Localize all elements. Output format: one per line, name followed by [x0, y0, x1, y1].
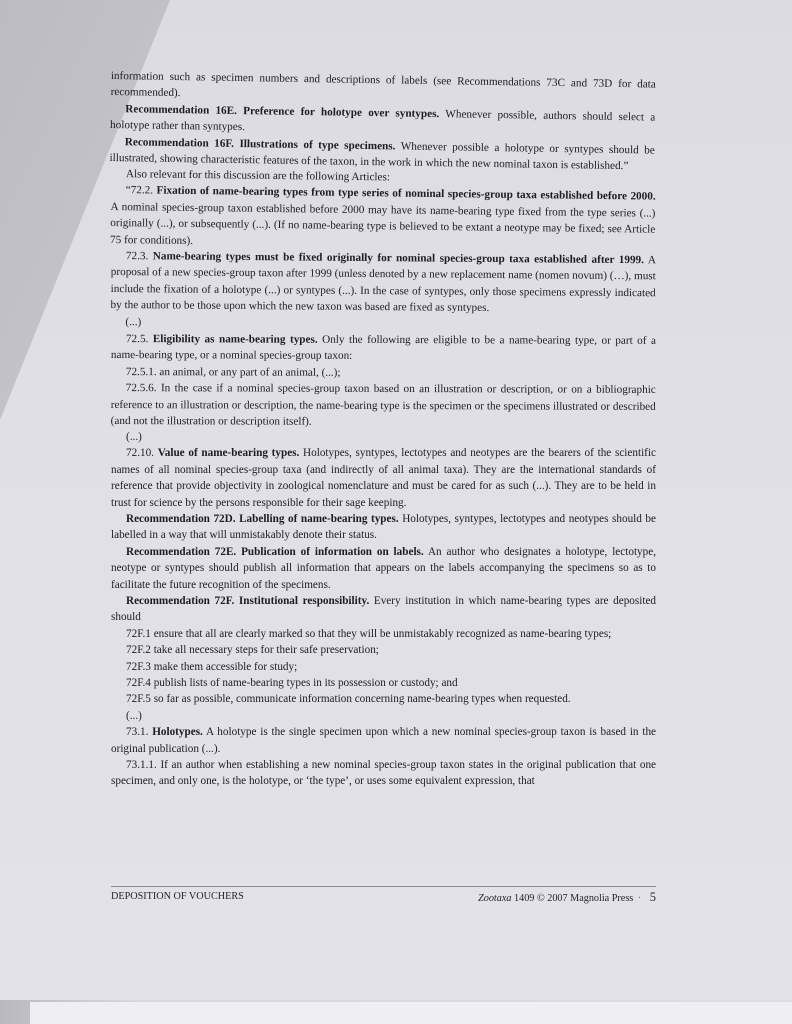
article-number: 72.10. [126, 447, 158, 459]
skewed-section-2: Also relevant for this discussion are th… [110, 166, 656, 255]
list-item-72f-3: 72F.3 make them accessible for study; [111, 659, 656, 675]
article-number: 72.5. [126, 333, 153, 345]
paragraph-text: information such as specimen numbers and… [111, 70, 656, 100]
skewed-section-3: 72.3. Name-bearing types must be fixed o… [110, 248, 656, 334]
skewed-section-4: 72.5. Eligibility as name-bearing types.… [111, 331, 656, 431]
paragraph-text: 73.1.1. If an author when establishing a… [111, 759, 656, 787]
paragraph-text: 72.5.6. In the case if a nominal species… [111, 382, 656, 427]
paragraph-recommendation-72e: Recommendation 72E. Publication of infor… [111, 544, 656, 593]
paragraph-text: 72F.3 make them accessible for study; [126, 661, 297, 673]
separator-dot: · [638, 893, 641, 904]
paragraph-heading: Fixation of name-bearing types from type… [157, 185, 656, 203]
paragraph-recommendation-72d: Recommendation 72D. Labelling of name-be… [111, 511, 656, 544]
list-item-72f-4: 72F.4 publish lists of name-bearing type… [111, 675, 656, 691]
paragraph-text: Also relevant for this discussion are th… [126, 169, 390, 184]
paragraph-text: 72F.2 take all necessary steps for their… [126, 644, 379, 656]
list-item-72f-5: 72F.5 so far as possible, communicate in… [111, 691, 656, 707]
scanner-edge-strip [30, 1002, 792, 1024]
paragraph-article-72-5-6: 72.5.6. In the case if a nominal species… [111, 380, 656, 431]
page-footer: DEPOSITION OF VOUCHERS Zootaxa 1409 © 20… [111, 890, 656, 906]
paragraph-text: 72F.5 so far as possible, communicate in… [126, 693, 571, 705]
article-number: 72.3. [126, 251, 153, 263]
paragraph-heading: Recommendation 72D. Labelling of name-be… [126, 513, 399, 525]
paragraph-article-72-5-1: 72.5.1. an animal, or any part of an ani… [111, 363, 656, 381]
paragraph-text: 72.5.1. an animal, or any part of an ani… [126, 365, 341, 378]
copyright-notice: © 2007 Magnolia Press [537, 893, 633, 904]
paragraph-text: (...) [125, 316, 141, 328]
body-text: information such as specimen numbers and… [111, 68, 656, 790]
paragraph-text: (...) [126, 431, 142, 443]
ellipsis-paragraph: (...) [111, 708, 656, 724]
skewed-section-top: information such as specimen numbers and… [109, 68, 655, 175]
paragraph-text: A nominal species-group taxon establishe… [110, 201, 656, 247]
paragraph-heading: Recommendation 72E. Publication of infor… [126, 546, 424, 558]
paragraph-heading: Holotypes. [152, 726, 203, 738]
paragraph-article-72-5: 72.5. Eligibility as name-bearing types.… [111, 331, 656, 366]
paragraph-article-72-3: 72.3. Name-bearing types must be fixed o… [110, 248, 655, 318]
paragraph-text: 72F.4 publish lists of name-bearing type… [126, 677, 458, 689]
paragraph-text: (...) [126, 710, 142, 722]
article-number: 73.1. [126, 726, 152, 738]
ellipsis-paragraph: (...) [111, 429, 656, 445]
paragraph-heading: Eligibility as name-bearing types. [153, 333, 318, 346]
paragraph-article-72-10: 72.10. Value of name-bearing types. Holo… [111, 445, 656, 511]
paragraph-heading: Recommendation 16E. Preference for holot… [125, 103, 439, 120]
running-title: DEPOSITION OF VOUCHERS [111, 890, 244, 906]
paragraph-recommendation-72f: Recommendation 72F. Institutional respon… [111, 593, 656, 626]
paragraph-heading: Recommendation 16F. Illustrations of typ… [125, 136, 396, 152]
list-item-72f-2: 72F.2 take all necessary steps for their… [111, 642, 656, 658]
paragraph-heading: Name-bearing types must be fixed origina… [153, 251, 644, 267]
journal-citation: Zootaxa 1409 © 2007 Magnolia Press · 5 [478, 890, 656, 906]
list-item-72f-1: 72F.1 ensure that all are clearly marked… [111, 626, 656, 642]
paragraph-heading: Value of name-bearing types. [158, 447, 300, 459]
paragraph-text: 72F.1 ensure that all are clearly marked… [126, 628, 611, 640]
footer-divider [111, 886, 656, 887]
paragraph-article-72-2: “72.2. Fixation of name-bearing types fr… [110, 183, 656, 255]
article-number: “72.2. [126, 185, 157, 197]
paragraph-heading: Recommendation 72F. Institutional respon… [126, 595, 369, 607]
paragraph-article-73-1: 73.1. Holotypes. A holotype is the singl… [111, 724, 656, 757]
page-number: 5 [650, 890, 656, 904]
paragraph-article-73-1-1: 73.1.1. If an author when establishing a… [111, 757, 656, 790]
journal-volume: 1409 [514, 893, 534, 904]
journal-name: Zootaxa [478, 893, 511, 904]
